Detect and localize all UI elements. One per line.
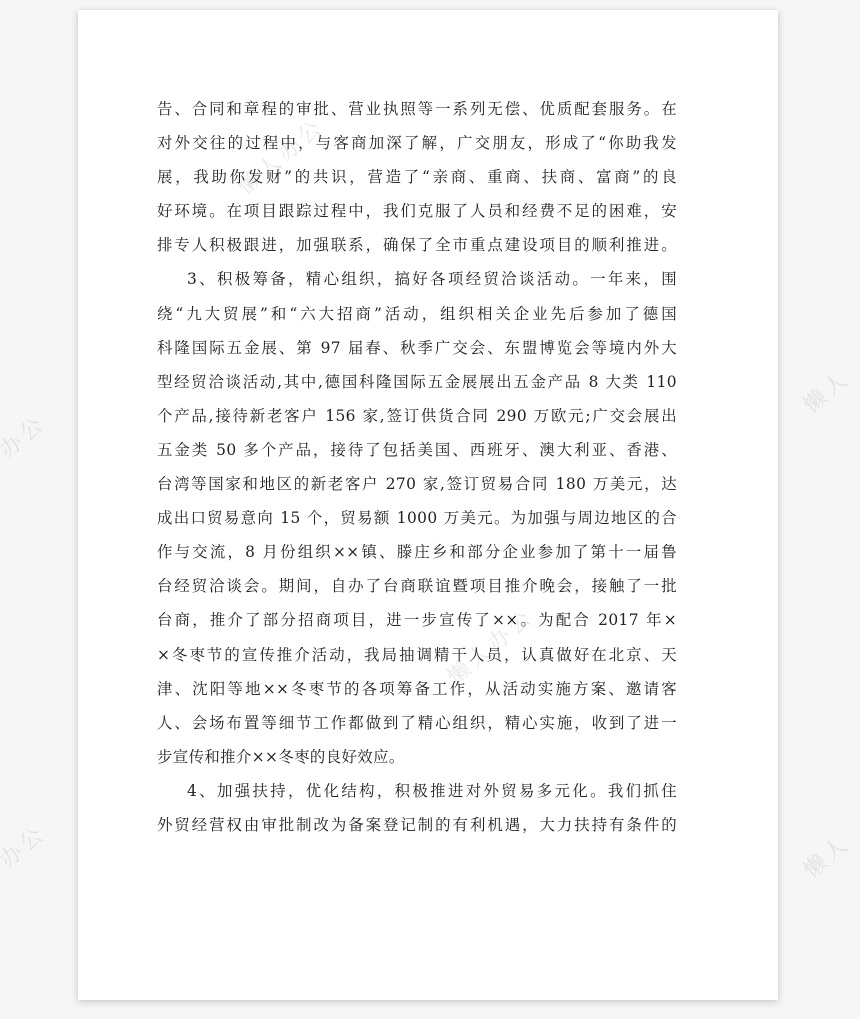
text-line: 排专人积极跟进，加强联系，确保了全市重点建设项目的顺利推进。 [157,228,677,262]
text-line: 五金类 50 多个产品，接待了包括美国、西班牙、澳大利亚、香港、 [157,433,677,467]
text-line: 型经贸洽谈活动,其中,德国科隆国际五金展展出五金产品 8 大类 110 [157,365,677,399]
text-line: 外贸经营权由审批制改为备案登记制的有利机遇，大力扶持有条件的 [157,808,677,842]
text-line: 告、合同和章程的审批、营业执照等一系列无偿、优质配套服务。在 [157,92,677,126]
document-page: 懒人办公 懒人办公 告、合同和章程的审批、营业执照等一系列无偿、优质配套服务。在… [78,10,778,1000]
paragraph-3-heading-line: 3、积极筹备，精心组织，搞好各项经贸洽谈活动。一年来，围 [157,262,677,296]
text-line: 津、沈阳等地××冬枣节的各项筹备工作，从活动实施方案、邀请客 [157,672,677,706]
text-line: 对外交往的过程中，与客商加深了解，广交朋友，形成了“你助我发 [157,126,677,160]
paragraph-4-heading-line: 4、加强扶持，优化结构，积极推进对外贸易多元化。我们抓住 [157,774,677,808]
text-line: 科隆国际五金展、第 97 届春、秋季广交会、东盟博览会等境内外大 [157,331,677,365]
text-line: 好环境。在项目跟踪过程中，我们克服了人员和经费不足的困难，安 [157,194,677,228]
text-line: 展，我助你发财”的共识，营造了“亲商、重商、扶商、富商”的良 [157,160,677,194]
text-line: 个产品,接待新老客户 156 家,签订供货合同 290 万欧元;广交会展出 [157,399,677,433]
text-line: 台经贸洽谈会。期间，自办了台商联谊暨项目推介晚会，接触了一批 [157,569,677,603]
text-line: 作与交流，8 月份组织××镇、滕庄乡和部分企业参加了第十一届鲁 [157,535,677,569]
text-line: 步宣传和推介××冬枣的良好效应。 [157,740,677,774]
body-text: 告、合同和章程的审批、营业执照等一系列无偿、优质配套服务。在 对外交往的过程中，… [157,92,677,842]
watermark-right-partial: 懒人 [796,362,856,419]
text-line: 台商，推介了部分招商项目，进一步宣传了××。为配合 2017 年× [157,603,677,637]
text-line: 台湾等国家和地区的新老客户 270 家,签订贸易合同 180 万美元，达 [157,467,677,501]
text-line: ×冬枣节的宣传推介活动，我局抽调精干人员，认真做好在北京、天 [157,638,677,672]
watermark-left-partial-2: 办公 [0,817,52,874]
watermark-right-partial-2: 懒人 [796,827,856,884]
text-line: 人、会场布置等细节工作都做到了精心组织，精心实施，收到了进一 [157,706,677,740]
text-line: 绕“九大贸展”和“六大招商”活动，组织相关企业先后参加了德国 [157,297,677,331]
text-line: 成出口贸易意向 15 个，贸易额 1000 万美元。为加强与周边地区的合 [157,501,677,535]
watermark-left-partial: 办公 [0,407,52,464]
